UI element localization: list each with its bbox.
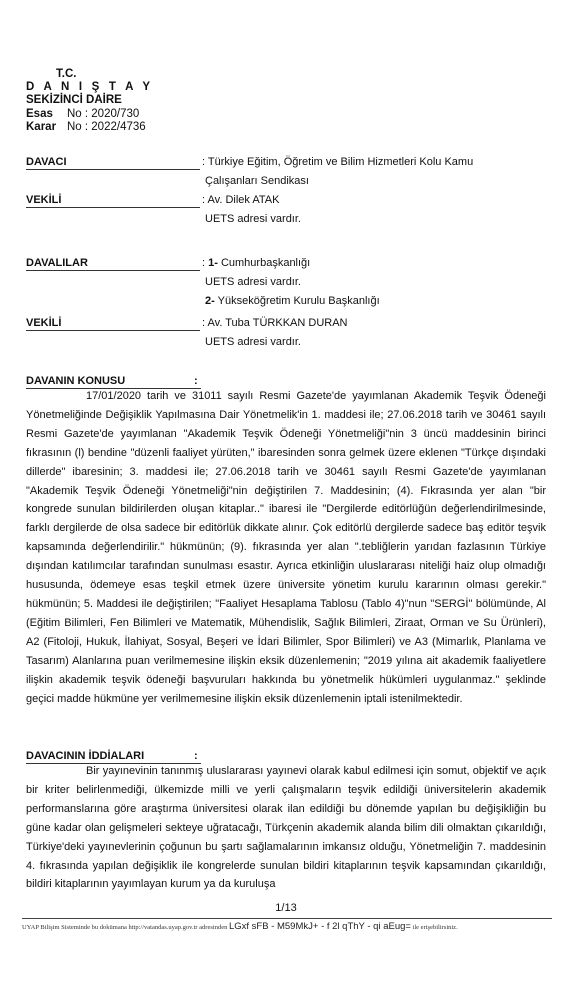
vekili-1-label: VEKİLİ xyxy=(26,193,200,208)
iddia-title-text: DAVACININ İDDİALARI xyxy=(26,750,144,762)
tc-label: T.C. xyxy=(26,68,153,81)
davalilar-label: DAVALILAR xyxy=(26,256,200,271)
karar-label: Karar xyxy=(26,121,67,134)
karar-value: No : 2022/4736 xyxy=(67,121,146,134)
vekili-2-uets: UETS adresi vardır. xyxy=(202,333,572,352)
konu-title-text: DAVANIN KONUSU xyxy=(26,375,125,387)
esas-label: Esas xyxy=(26,108,67,121)
davalilar-2-name: Yükseköğretim Kurulu Başkanlığı xyxy=(215,295,380,307)
verification-code: LGxf sFB - M59MkJ+ - f 2l qThY - qi aEug… xyxy=(229,921,411,932)
davaci-label: DAVACI xyxy=(26,155,200,170)
davalilar-2-number: 2- xyxy=(205,295,215,307)
davalilar-1: : 1- Cumhurbaşkanlığı xyxy=(202,254,572,273)
vekili-1-name: : Av. Dilek ATAK xyxy=(202,191,572,210)
davaci-name-line1: : Türkiye Eğitim, Öğretim ve Bilim Hizme… xyxy=(202,153,572,172)
court-name: D A N I Ş T A Y xyxy=(26,81,153,94)
vekili-2-label: VEKİLİ xyxy=(26,316,200,331)
footer-prefix: UYAP Bilişim Sisteminde bu dokümana http… xyxy=(22,924,227,931)
footer-verification: UYAP Bilişim Sisteminde bu dokümana http… xyxy=(22,921,552,932)
davaci-name-line2: Çalışanları Sendikası xyxy=(202,172,572,191)
document-header: T.C. D A N I Ş T A Y SEKİZİNCİ DAİRE Esa… xyxy=(26,68,153,134)
document-page: T.C. D A N I Ş T A Y SEKİZİNCİ DAİRE Esa… xyxy=(0,0,572,1000)
davalilar-1-name: Cumhurbaşkanlığı xyxy=(218,257,310,269)
chamber-name: SEKİZİNCİ DAİRE xyxy=(26,94,153,107)
konu-paragraph: 17/01/2020 tarih ve 31011 sayılı Resmi G… xyxy=(26,387,546,708)
iddia-paragraph: Bir yayınevinin tanınmış uluslararası ya… xyxy=(26,762,546,894)
page-number: 1/13 xyxy=(0,902,572,914)
vekili-1-uets: UETS adresi vardır. xyxy=(202,210,572,229)
karar-row: Karar No : 2022/4736 xyxy=(26,121,153,134)
esas-value: No : 2020/730 xyxy=(67,108,139,121)
footer-suffix: ile erişebilirsiniz. xyxy=(413,924,458,931)
vekili-2-name: : Av. Tuba TÜRKKAN DURAN xyxy=(202,314,572,333)
footer-divider xyxy=(22,918,552,919)
esas-row: Esas No : 2020/730 xyxy=(26,108,153,121)
davalilar-2: 2- Yükseköğretim Kurulu Başkanlığı xyxy=(202,292,572,311)
davalilar-1-number: 1- xyxy=(208,257,218,269)
davalilar-1-uets: UETS adresi vardır. xyxy=(202,273,572,292)
